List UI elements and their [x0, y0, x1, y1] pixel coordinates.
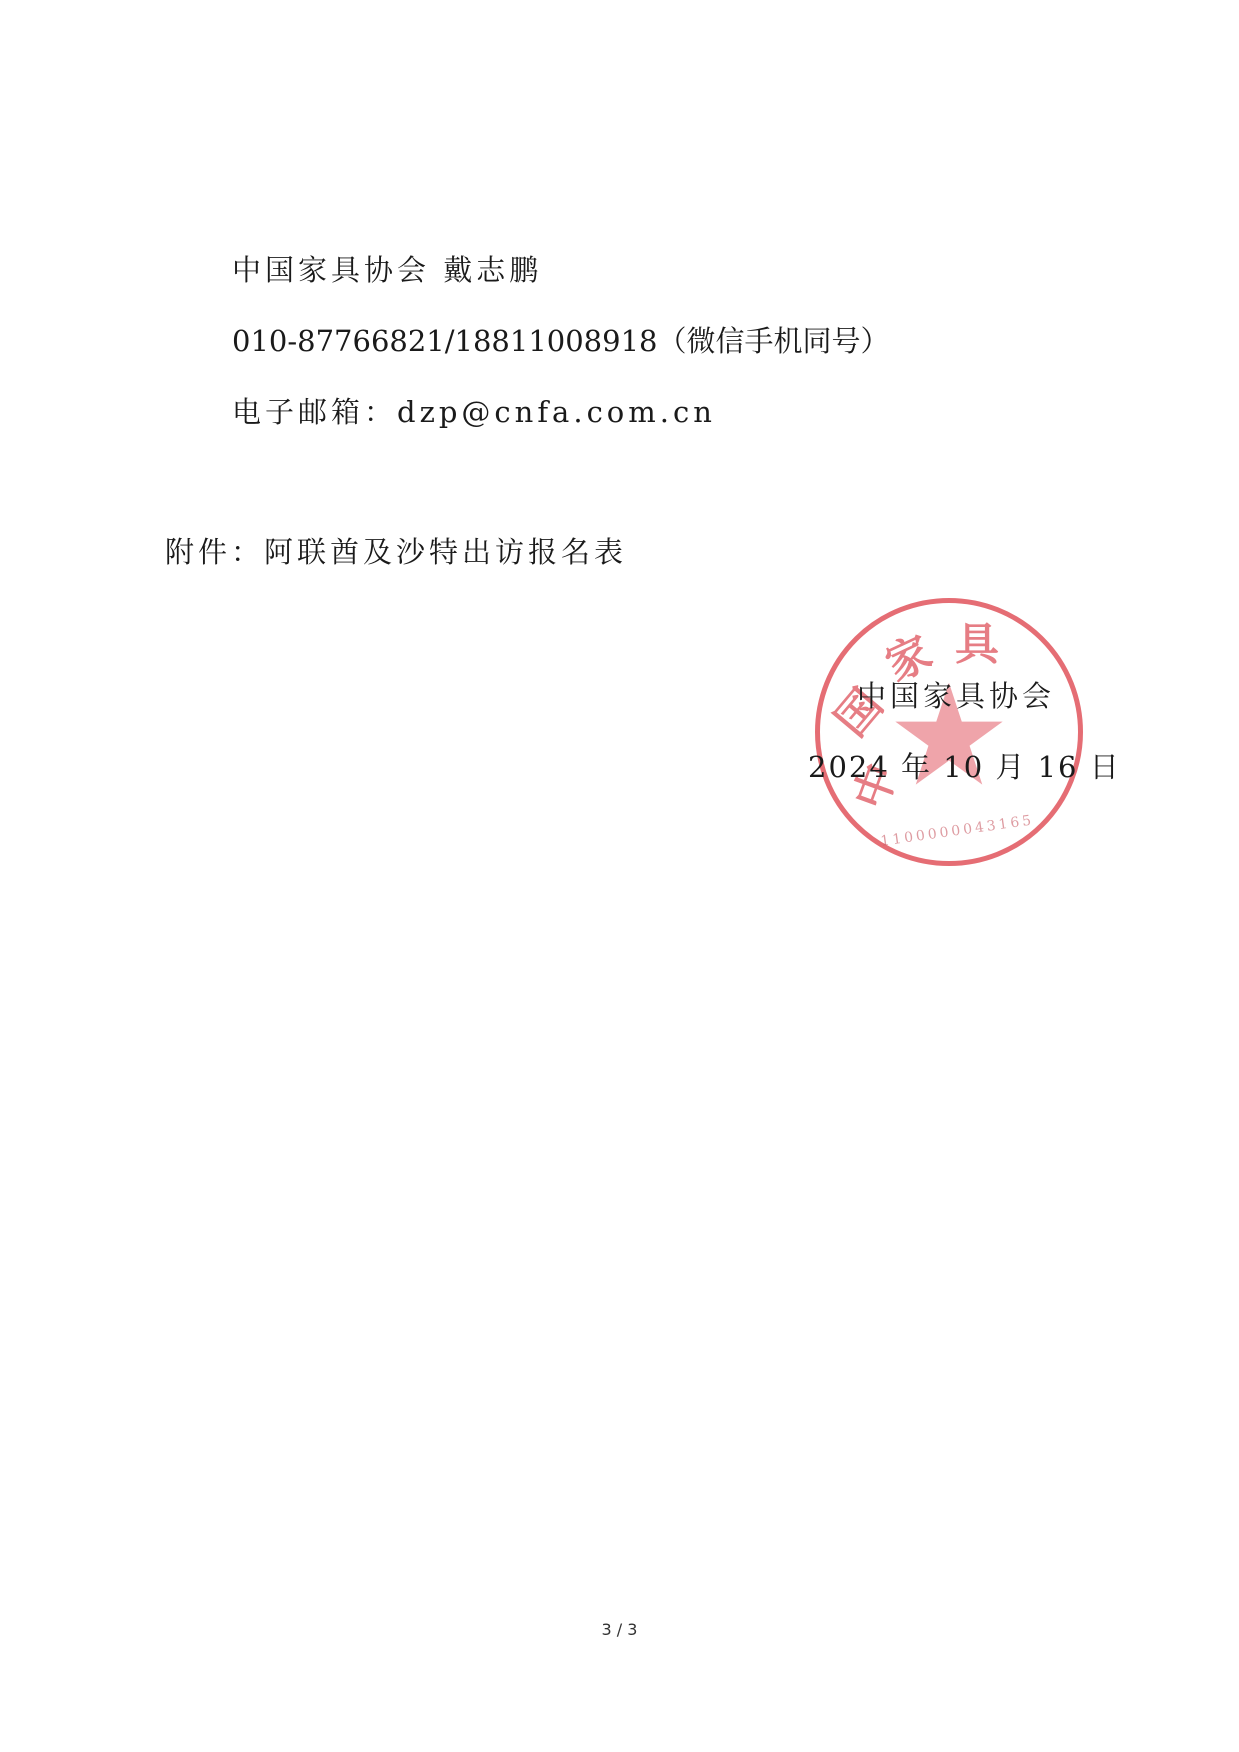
page-number: 3 / 3 — [0, 1620, 1239, 1639]
contact-name-line: 中国家具协会 戴志鹏 — [232, 248, 542, 289]
official-seal: ★ 中 国 家 具 1100000043165 — [815, 598, 1083, 866]
attachment-line: 附件：阿联酋及沙特出访报名表 — [165, 530, 627, 571]
signature-organization: 中国家具协会 — [857, 674, 1055, 715]
signature-date: 2024 年 10 月 16 日 — [808, 745, 1121, 786]
contact-phone-line: 010-87766821/18811008918（微信手机同号） — [232, 319, 890, 360]
contact-email-line: 电子邮箱：dzp@cnfa.com.cn — [232, 390, 716, 431]
seal-char: 具 — [955, 608, 999, 672]
